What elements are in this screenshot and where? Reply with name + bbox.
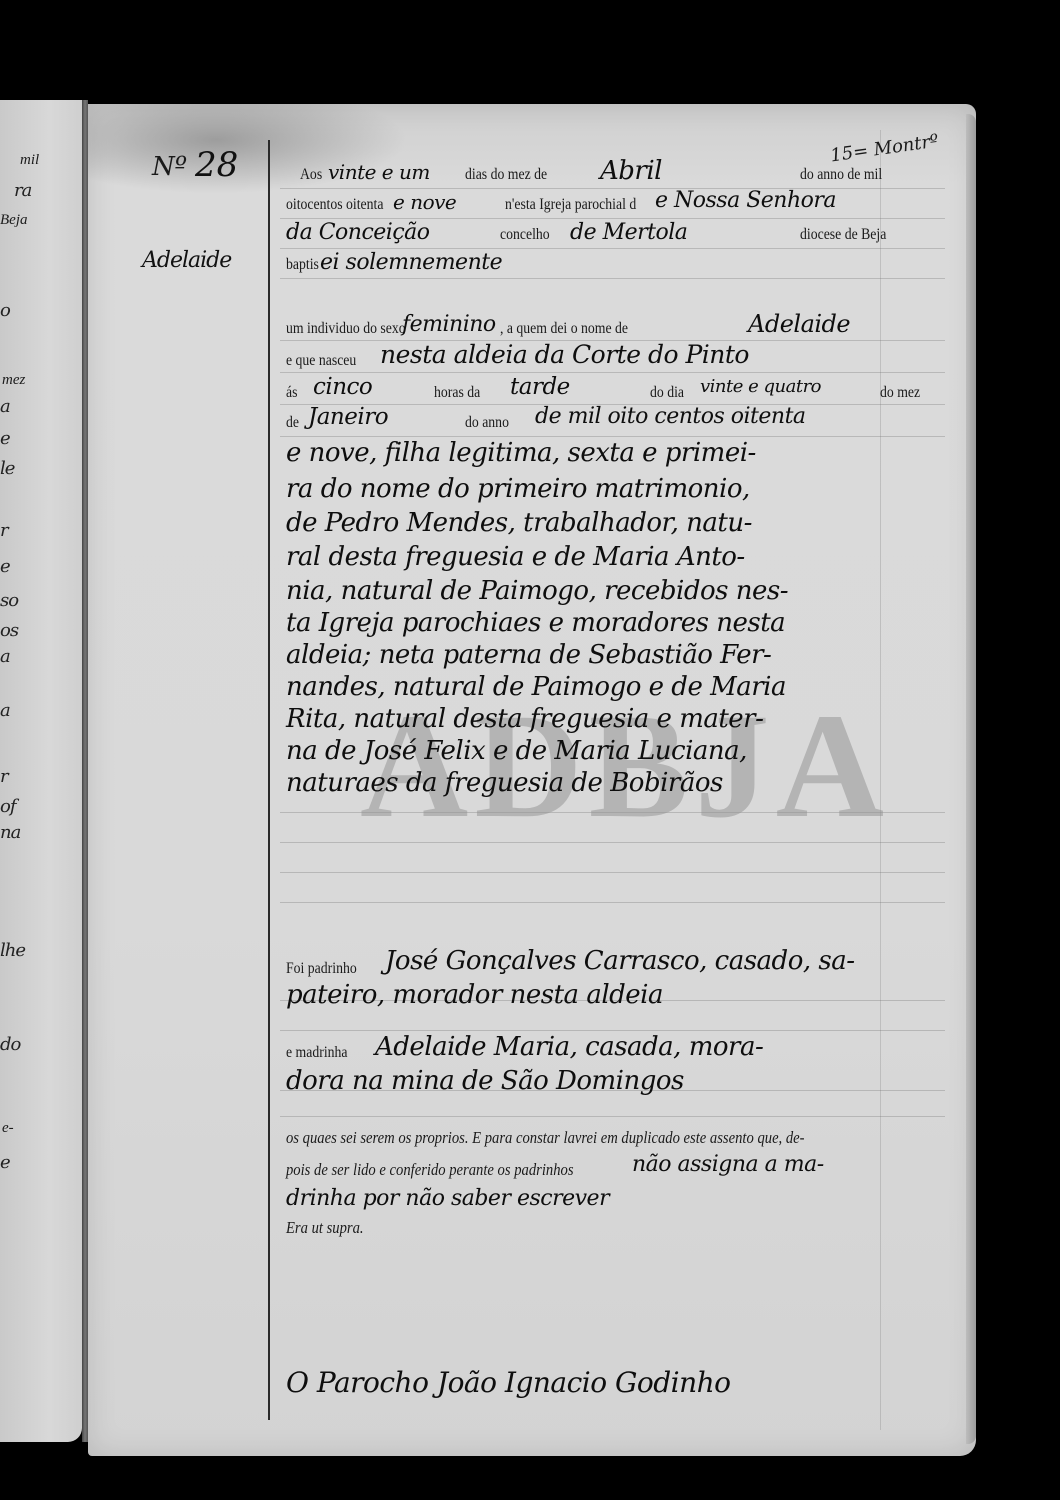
form-text: n'esta Igreja parochial d [505, 196, 636, 214]
handwritten-year: e nove [393, 190, 456, 214]
priest-signature: O Parocho João Ignacio Godinho [286, 1366, 731, 1399]
handwritten-birth-month: Janeiro [308, 404, 388, 430]
facing-page-handwriting: a [0, 700, 10, 721]
facing-page-text: e- [2, 1120, 14, 1137]
handwritten-sex: feminino [402, 312, 496, 337]
handwritten-hour: cinco [313, 374, 372, 400]
facing-page-handwriting: so [0, 590, 18, 611]
facing-page-handwriting: do [0, 1034, 20, 1055]
form-text: Foi padrinho [286, 960, 357, 978]
facing-page-text: mil [20, 152, 39, 169]
facing-page-handwriting: le [0, 458, 14, 479]
ruled-line [280, 218, 945, 219]
facing-page-handwriting: ra [14, 180, 31, 201]
facing-page-handwriting: e [0, 1152, 10, 1173]
form-closing-era: Era ut supra. [286, 1218, 364, 1238]
ruled-line [280, 372, 945, 373]
handwritten-godfather-cont: pateiro, morador nesta aldeia [286, 980, 663, 1010]
form-text: diocese de Beja [800, 226, 886, 244]
facing-page-handwriting: a [0, 396, 10, 417]
facing-page-handwriting: o [0, 300, 10, 321]
handwritten-body-line: ral desta freguesia e de Maria Anto- [286, 542, 745, 572]
facing-page-handwriting: na [0, 822, 20, 843]
facing-page-handwriting: lhe [0, 940, 25, 961]
handwritten-parish: e Nossa Senhora [655, 188, 836, 213]
handwritten-closing: não assigna a ma- [632, 1152, 824, 1177]
handwritten-birth-year: de mil oito centos oitenta [535, 404, 806, 429]
handwritten-day: vinte e um [328, 160, 430, 184]
facing-page-handwriting: os [0, 620, 18, 641]
facing-page-fragment: mil ra Beja o mez a e le r e so os a a r… [0, 100, 82, 1442]
form-text: ás [286, 384, 297, 402]
record-number: 28 [195, 145, 238, 185]
form-text: oitocentos oitenta [286, 196, 383, 214]
ruled-line [280, 872, 945, 873]
handwritten-godmother-cont: dora na mina de São Domingos [286, 1066, 684, 1096]
handwritten-body-line: naturaes da freguesia de Bobirãos [286, 768, 723, 798]
handwritten-parish-cont: da Conceição [286, 220, 430, 245]
form-text: horas da [434, 384, 480, 402]
form-text: do mez [880, 384, 920, 402]
margin-rule [268, 140, 270, 1420]
handwritten-birthplace: nesta aldeia da Corte do Pinto [380, 340, 749, 369]
margin-baptized-name: Adelaide [142, 248, 231, 273]
handwritten-body-line: aldeia; neta paterna de Sebastião Fer- [286, 640, 771, 670]
facing-page-handwriting: r [0, 520, 8, 541]
handwritten-month: Abril [600, 156, 662, 186]
page-edge [966, 114, 976, 1444]
facing-page-handwriting: e [0, 556, 10, 577]
facing-page-handwriting: a [0, 646, 10, 667]
form-text: dias do mez de [465, 166, 547, 184]
handwritten-godmother: Adelaide Maria, casada, mora- [375, 1032, 763, 1062]
handwritten-body-line: de Pedro Mendes, trabalhador, natu- [286, 508, 752, 538]
facing-page-text: mez [2, 372, 25, 389]
form-closing-text: pois de ser lido e conferido perante os … [286, 1160, 574, 1180]
handwritten-municipality: de Mertola [570, 220, 687, 245]
handwritten-body-line: nandes, natural de Paimogo e de Maria [286, 672, 786, 702]
facing-page-handwriting: of [0, 796, 16, 817]
ruled-line [280, 278, 945, 279]
handwritten-body-line: e nove, filha legitima, sexta e primei- [286, 438, 756, 468]
form-text: e que nasceu [286, 352, 356, 370]
handwritten-body-line: Rita, natural desta freguesia e mater- [286, 704, 763, 734]
ruled-line [280, 1116, 945, 1117]
form-text: Aos [300, 166, 322, 184]
ruled-line [280, 248, 945, 249]
ruled-line [280, 1030, 945, 1031]
form-text: concelho [500, 226, 550, 244]
handwritten-birth-day: vinte e quatro [700, 376, 821, 397]
form-text: do anno [465, 414, 509, 432]
handwritten-child-name: Adelaide [748, 310, 850, 338]
handwritten-closing-cont: drinha por não saber escrever [286, 1186, 609, 1211]
form-text: do anno de mil [800, 166, 882, 184]
handwritten-body-line: ta Igreja parochiaes e moradores nesta [286, 608, 785, 638]
ruled-line [280, 188, 945, 189]
ruled-line [280, 436, 945, 437]
form-text: baptis [286, 256, 319, 274]
form-text: do dia [650, 384, 684, 402]
facing-page-handwriting: e [0, 428, 10, 449]
record-number-label: Nº [152, 152, 187, 182]
facing-page-text: Beja [0, 212, 28, 229]
handwritten-body-line: nia, natural de Paimogo, recebidos nes- [286, 576, 788, 606]
form-text: e madrinha [286, 1044, 348, 1062]
form-closing-text: os quaes sei serem os proprios. E para c… [286, 1128, 805, 1148]
form-text: de [286, 414, 299, 432]
form-text: um individuo do sexo [286, 320, 406, 338]
form-text: , a quem dei o nome de [500, 320, 628, 338]
handwritten-godfather: José Gonçalves Carrasco, casado, sa- [385, 946, 855, 976]
handwritten-body-line: na de José Felix e de Maria Luciana, [286, 736, 747, 766]
ruled-line [280, 902, 945, 903]
handwritten-period: tarde [510, 374, 570, 400]
handwritten-body-line: ra do nome do primeiro matrimonio, [286, 474, 750, 504]
handwritten-baptism: ei solemnemente [320, 250, 502, 275]
facing-page-handwriting: r [0, 766, 8, 787]
